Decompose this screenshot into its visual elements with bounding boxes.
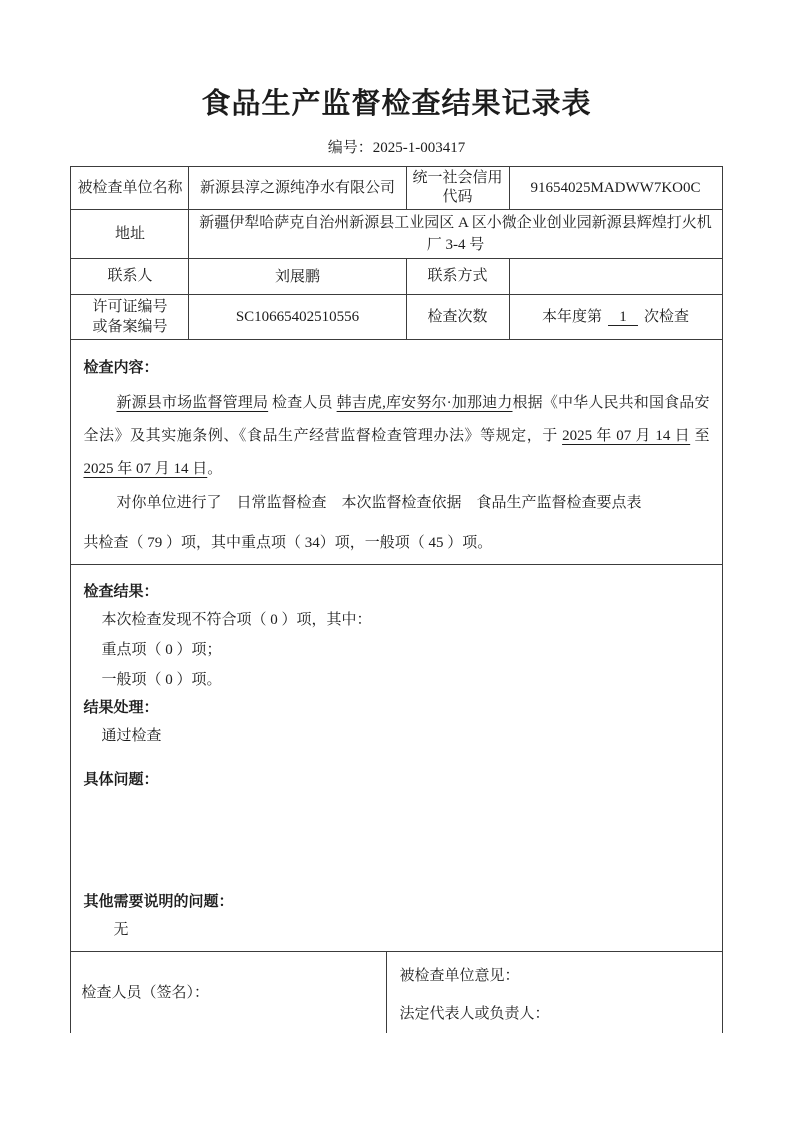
row-license: 许可证编号 或备案编号 SC10665402510556 检查次数 本年度第1次… bbox=[71, 295, 722, 340]
unit-opinion-cell: 被检查单位意见： 法定代表人或负责人： bbox=[387, 952, 722, 1034]
inspection-content-cell: 检查内容： 新源县市场监督管理局 检查人员 韩吉虎,库安努尔·加那迪力根据《中华… bbox=[71, 340, 722, 565]
other-issues-heading: 其他需要说明的问题： bbox=[83, 889, 709, 915]
check-times-suffix: 次检查 bbox=[644, 309, 689, 325]
legal-rep-label: 法定代表人或负责人： bbox=[399, 995, 721, 1033]
contact-value: 刘展鹏 bbox=[189, 259, 406, 295]
row-unit-name: 被检查单位名称 新源县淳之源纯净水有限公司 统一社会信用代码 91654025M… bbox=[71, 167, 722, 210]
doc-number-label: 编号： bbox=[328, 140, 373, 156]
inspection-content-heading: 检查内容： bbox=[83, 355, 709, 381]
credit-code-label: 统一社会信用代码 bbox=[406, 167, 509, 210]
license-number-value: SC10665402510556 bbox=[189, 295, 406, 340]
agency-name: 新源县市场监督管理局 bbox=[116, 395, 268, 411]
address-label: 地址 bbox=[71, 210, 189, 259]
result-noncompliance-line: 本次检查发现不符合项（ 0 ）项，其中： bbox=[83, 605, 709, 635]
contact-method-label: 联系方式 bbox=[406, 259, 509, 295]
check-times-count: 1 bbox=[608, 309, 638, 326]
row-inspection-content: 检查内容： 新源县市场监督管理局 检查人员 韩吉虎,库安努尔·加那迪力根据《中华… bbox=[71, 340, 722, 565]
license-label: 许可证编号 或备案编号 bbox=[71, 295, 189, 340]
document-page: 食品生产监督检查结果记录表 编号：2025-1-003417 被检查单位名称 新… bbox=[0, 0, 793, 1122]
license-label-line2: 或备案编号 bbox=[73, 317, 186, 337]
row-address: 地址 新疆伊犁哈萨克自治州新源县工业园区 A 区小微企业创业园新源县辉煌打火机厂… bbox=[71, 210, 722, 259]
inspection-type-line: 对你单位进行了 日常监督检查 本次监督检查依据 食品生产监督检查要点表 bbox=[83, 488, 709, 518]
handling-heading: 结果处理： bbox=[83, 695, 709, 721]
inspection-form-table: 被检查单位名称 新源县淳之源纯净水有限公司 统一社会信用代码 91654025M… bbox=[70, 166, 722, 1033]
row-signatures: 检查人员（签名）： 被检查单位意见： 法定代表人或负责人： bbox=[71, 952, 722, 1034]
inspector-signature-cell: 检查人员（签名）： bbox=[71, 952, 387, 1034]
check-times-value: 本年度第1次检查 bbox=[509, 295, 722, 340]
check-times-label: 检查次数 bbox=[406, 295, 509, 340]
sentence-period: 。 bbox=[207, 461, 222, 477]
inspector-word: 检查人员 bbox=[268, 395, 336, 411]
contact-label: 联系人 bbox=[71, 259, 189, 295]
inspection-count-line: 共检查（ 79 ）项，其中重点项（ 34）项，一般项（ 45 ）项。 bbox=[83, 528, 709, 558]
row-contact: 联系人 刘展鹏 联系方式 bbox=[71, 259, 722, 295]
doc-number-value: 2025-1-003417 bbox=[373, 140, 466, 156]
result-heading: 检查结果： bbox=[83, 579, 709, 605]
unit-name-label: 被检查单位名称 bbox=[71, 167, 189, 210]
doc-number-line: 编号：2025-1-003417 bbox=[0, 138, 793, 158]
check-times-prefix: 本年度第 bbox=[542, 309, 602, 325]
to-word: 至 bbox=[690, 428, 709, 444]
date-to: 2025 年 07 月 14 日 bbox=[83, 461, 207, 477]
specific-issues-heading: 具体问题： bbox=[83, 767, 709, 793]
result-general-items-line: 一般项（ 0 ）项。 bbox=[83, 665, 709, 695]
unit-name-value: 新源县淳之源纯净水有限公司 bbox=[189, 167, 406, 210]
row-inspection-result: 检查结果： 本次检查发现不符合项（ 0 ）项，其中： 重点项（ 0 ）项； 一般… bbox=[71, 565, 722, 952]
other-issues-value: 无 bbox=[83, 915, 709, 945]
page-title: 食品生产监督检查结果记录表 bbox=[0, 86, 793, 122]
address-value: 新疆伊犁哈萨克自治州新源县工业园区 A 区小微企业创业园新源县辉煌打火机厂 3-… bbox=[189, 210, 722, 259]
handling-value: 通过检查 bbox=[83, 721, 709, 751]
license-label-line1: 许可证编号 bbox=[73, 297, 186, 317]
inspection-result-cell: 检查结果： 本次检查发现不符合项（ 0 ）项，其中： 重点项（ 0 ）项； 一般… bbox=[71, 565, 722, 952]
inspection-basis-paragraph: 新源县市场监督管理局 检查人员 韩吉虎,库安努尔·加那迪力根据《中华人民共和国食… bbox=[83, 387, 709, 486]
contact-method-value bbox=[509, 259, 722, 295]
inspector-names: 韩吉虎,库安努尔·加那迪力 bbox=[337, 395, 513, 411]
credit-code-value: 91654025MADWW7KO0C bbox=[509, 167, 722, 210]
unit-opinion-label: 被检查单位意见： bbox=[399, 957, 721, 995]
date-from: 2025 年 07 月 14 日 bbox=[562, 428, 690, 444]
result-key-items-line: 重点项（ 0 ）项； bbox=[83, 635, 709, 665]
